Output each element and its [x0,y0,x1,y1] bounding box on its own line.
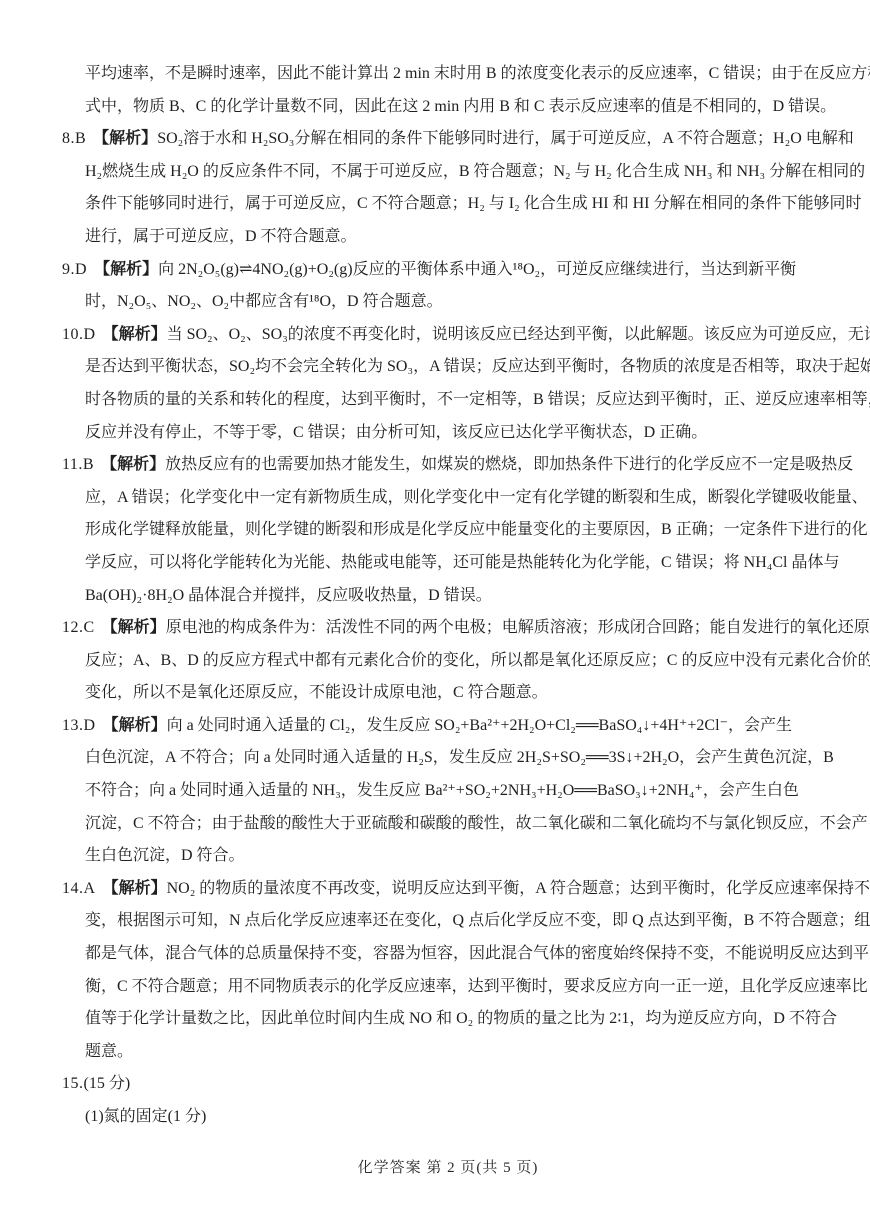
answer-text-line: 式中，物质 B、C 的化学计量数不同，因此在这 2 min 内用 B 和 C 表… [62,91,834,124]
analysis-marker: 【解析】 [94,261,158,278]
item-text: SO₂溶于水和 H₂SO₃分解在相同的条件下能够同时进行，属于可逆反应，A 不符… [157,130,854,147]
answer-text-line: 题意。 [62,1036,834,1069]
answer-text-line: 变，根据图示可知，N 点后化学反应速率还在变化，Q 点后化学反应不变，即 Q 点… [62,905,834,938]
answer-item-first-line: 13.D【解析】向 a 处同时通入适量的 Cl₂，发生反应 SO₂+Ba²⁺+2… [62,710,834,743]
answer-text-line: 生白色沉淀，D 符合。 [62,840,834,873]
answer-text-line: H₂燃烧生成 H₂O 的反应条件不同，不属于可逆反应，B 符合题意；N₂ 与 H… [62,156,834,189]
answer-text-line: 时，N₂O₅、NO₂、O₂中都应含有¹⁸O，D 符合题意。 [62,286,834,319]
answer-text-line: 变化，所以不是氧化还原反应，不能设计成原电池，C 符合题意。 [62,677,834,710]
item-text: 原电池的构成条件为：活泼性不同的两个电极；电解质溶液；形成闭合回路；能自发进行的… [166,619,870,636]
item-number: 14.A [62,880,96,897]
answer-item-first-line: 8.B【解析】SO₂溶于水和 H₂SO₃分解在相同的条件下能够同时进行，属于可逆… [62,123,834,156]
item-text: 当 SO₂、O₂、SO₃的浓度不再变化时，说明该反应已经达到平衡，以此解题。该反… [167,326,870,343]
answer-text-line: 沉淀，C 不符合；由于盐酸的酸性大于亚硫酸和碳酸的酸性，故二氧化碳和二氧化硫均不… [62,808,834,841]
answer-text-line: 平均速率，不是瞬时速率，因此不能计算出 2 min 末时用 B 的浓度变化表示的… [62,58,834,91]
answer-text-line: 形成化学键释放能量，则化学键的断裂和形成是化学反应中能量变化的主要原因，B 正确… [62,514,834,547]
answer-text-line: 衡，C 不符合题意；用不同物质表示的化学反应速率，达到平衡时，要求反应方向一正一… [62,971,834,1004]
answer-text-line: 值等于化学计量数之比，因此单位时间内生成 NO 和 O₂ 的物质的量之比为 2∶… [62,1003,834,1036]
item-text: 向 a 处同时通入适量的 Cl₂，发生反应 SO₂+Ba²⁺+2H₂O+Cl₂═… [167,717,792,734]
answer-items: 8.B【解析】SO₂溶于水和 H₂SO₃分解在相同的条件下能够同时进行，属于可逆… [62,123,834,1133]
answer-text-line: 反应；A、B、D 的反应方程式中都有元素化合价的变化，所以都是氧化还原反应；C … [62,645,834,678]
analysis-marker: 【解析】 [93,130,157,147]
answer-text-line: 学反应，可以将化学能转化为光能、热能或电能等，还可能是热能转化为化学能，C 错误… [62,547,834,580]
chemistry-answer-page: 平均速率，不是瞬时速率，因此不能计算出 2 min 末时用 B 的浓度变化表示的… [0,0,870,1178]
page-footer-text: 化学答案 第 2 页(共 5 页) [358,1160,539,1176]
answer-item-first-line: 15.(15 分) [62,1068,834,1101]
item-number: 12.C [62,619,95,636]
answer-text-line: (1)氮的固定(1 分) [62,1101,834,1134]
item-number: 15. [62,1075,84,1092]
answer-text-line: 是否达到平衡状态，SO₂均不会完全转化为 SO₃，A 错误；反应达到平衡时，各物… [62,351,834,384]
item-text: 放热反应有的也需要加热才能发生，如煤炭的燃烧，即加热条件下进行的化学反应不一定是… [165,456,853,473]
item-number: 13.D [62,717,96,734]
item-text: NO₂ 的物质的量浓度不再改变，说明反应达到平衡，A 符合题意；达到平衡时，化学… [167,880,870,897]
answer-item-first-line: 9.D【解析】向 2N₂O₅(g)⇌4NO₂(g)+O₂(g)反应的平衡体系中通… [62,254,834,287]
answer-item-first-line: 11.B【解析】放热反应有的也需要加热才能发生，如煤炭的燃烧，即加热条件下进行的… [62,449,834,482]
answer-text-line: Ba(OH)₂·8H₂O 晶体混合并搅拌，反应吸收热量，D 错误。 [62,580,834,613]
item-number: 8.B [62,130,86,147]
answer-item-first-line: 12.C【解析】原电池的构成条件为：活泼性不同的两个电极；电解质溶液；形成闭合回… [62,612,834,645]
answer-text-line: 白色沉淀，A 不符合；向 a 处同时通入适量的 H₂S，发生反应 2H₂S+SO… [62,742,834,775]
analysis-marker: 【解析】 [103,717,167,734]
answer-text-line: 不符合；向 a 处同时通入适量的 NH₃，发生反应 Ba²⁺+SO₂+2NH₃+… [62,775,834,808]
answer-text-line: 应，A 错误；化学变化中一定有新物质生成，则化学变化中一定有化学键的断裂和生成，… [62,482,834,515]
item-number: 9.D [62,261,87,278]
answer-text-line: 进行，属于可逆反应，D 不符合题意。 [62,221,834,254]
page-footer: 化学答案 第 2 页(共 5 页) [62,1158,834,1178]
item-text: 向 2N₂O₅(g)⇌4NO₂(g)+O₂(g)反应的平衡体系中通入¹⁸O₂，可… [158,261,796,278]
answer-text-line: 时各物质的量的关系和转化的程度，达到平衡时，不一定相等，B 错误；反应达到平衡时… [62,384,834,417]
analysis-marker: 【解析】 [101,456,165,473]
analysis-marker: 【解析】 [102,619,166,636]
item-number: 10.D [62,326,96,343]
answer-item-first-line: 14.A【解析】NO₂ 的物质的量浓度不再改变，说明反应达到平衡，A 符合题意；… [62,873,834,906]
answer-text-line: 都是气体，混合气体的总质量保持不变，容器为恒容，因此混合气体的密度始终保持不变，… [62,938,834,971]
item-number: 11.B [62,456,94,473]
item-text: (15 分) [84,1075,131,1092]
answer-item-first-line: 10.D【解析】当 SO₂、O₂、SO₃的浓度不再变化时，说明该反应已经达到平衡… [62,319,834,352]
carryover-paragraph: 平均速率，不是瞬时速率，因此不能计算出 2 min 末时用 B 的浓度变化表示的… [62,58,834,123]
analysis-marker: 【解析】 [103,326,167,343]
analysis-marker: 【解析】 [103,880,167,897]
answer-text-line: 条件下能够同时进行，属于可逆反应，C 不符合题意；H₂ 与 I₂ 化合生成 HI… [62,188,834,221]
answer-text-line: 反应并没有停止，不等于零，C 错误；由分析可知，该反应已达化学平衡状态，D 正确… [62,417,834,450]
